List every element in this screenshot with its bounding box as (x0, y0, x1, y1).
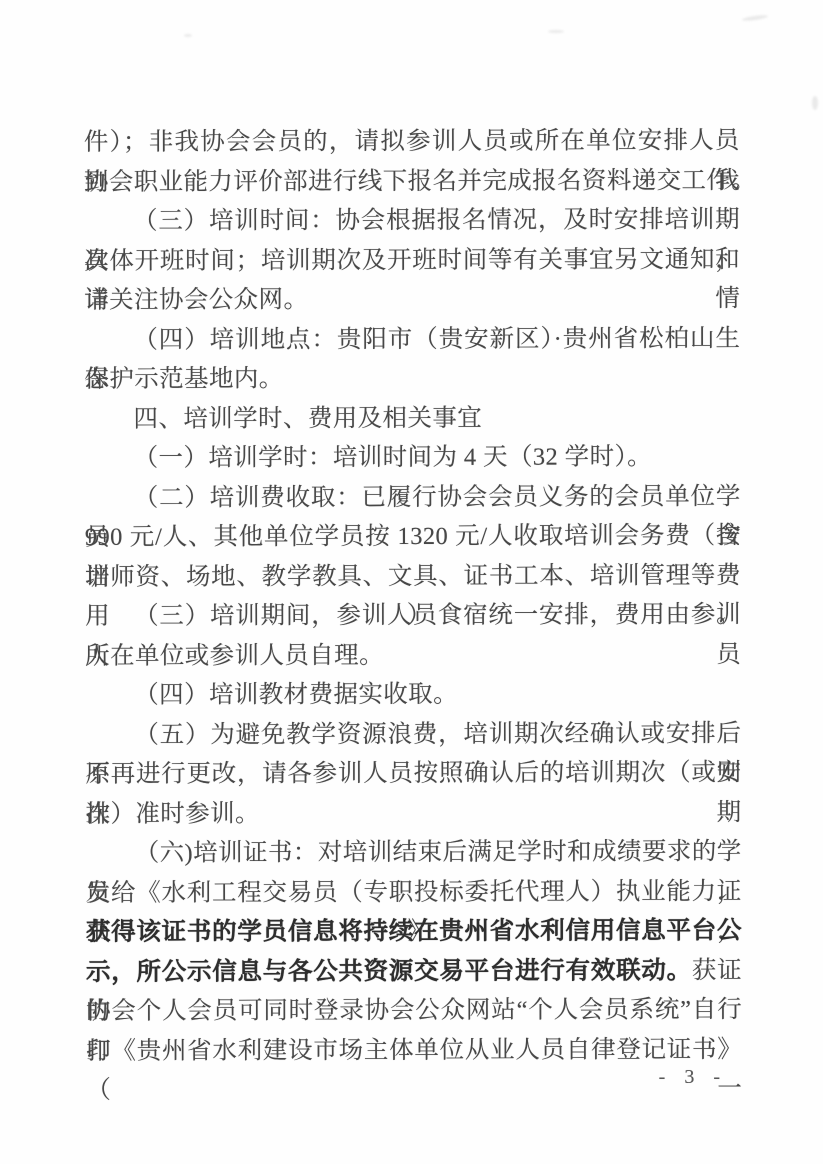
document-body: 件）；非我协会会员的，请拟参训人员或所在单位安排人员到我协会职业能力评价部进行线… (84, 121, 742, 1071)
body-text: 印《贵州省水利建设市场主体单位从业人员自律登记证书》（一 (86, 1036, 742, 1104)
body-text: （一）培训学时：培训时间为 4 天（32 学时）。 (134, 443, 652, 471)
document-line: （六)培训证书：对培训结束后满足学时和成绩要求的学员， (86, 832, 742, 873)
document-line: （四）培训地点：贵阳市（贵安新区）·贵州省松柏山生态 (84, 319, 740, 360)
page-number: - 3 - (659, 1066, 727, 1089)
body-text: 协会职业能力评价部进行线下报名并完成报名资料递交工作。 (84, 167, 756, 196)
document-line: 发给《水利工程交易员（专职投标委托代理人）执业能力证书》， (86, 872, 742, 913)
document-line: 协会职业能力评价部进行线下报名并完成报名资料递交工作。 (84, 161, 740, 202)
body-text: 保护示范基地内。 (84, 365, 283, 393)
scan-artifact (812, 96, 818, 110)
document-line: 获得该证书的学员信息将持续在贵州省水利信用信息平台公 (86, 911, 742, 952)
body-text: 所在单位或参训人员自理。 (85, 642, 384, 670)
document-line: 990 元/人、其他单位学员按 1320 元/人收取培训会务费（含培 (85, 516, 741, 557)
scanned-document-page: 件）；非我协会会员的，请拟参训人员或所在单位安排人员到我协会职业能力评价部进行线… (0, 0, 823, 1164)
emphasized-text: 示，所公示信息与各公共资源交易平台进行有效联动。 (86, 957, 692, 986)
emphasized-text: 获得该证书的学员信息将持续在贵州省水利信用信息平台公 (86, 917, 742, 946)
scan-artifact (184, 34, 192, 37)
document-line: 不再进行更改，请各参训人员按照确认后的培训期次（或安排期 (85, 753, 741, 794)
body-text: （四）培训教材费据实收取。 (134, 681, 458, 709)
scan-artifact (742, 14, 768, 22)
body-text: 请关注协会公众网。 (84, 286, 308, 314)
document-line: （三）培训时间：协会根据报名情况，及时安排培训期次和 (84, 200, 740, 241)
document-line: （三）培训期间，参训人员食宿统一安排，费用由参训人员 (85, 595, 741, 636)
document-line: 四、培训学时、费用及相关事宜 (84, 398, 740, 439)
document-line: 协会个人会员可同时登录协会公众网站“个人会员系统”自行打 (86, 990, 742, 1031)
document-line: 具体开班时间；培训期次及开班时间等有关事宜另文通知，详情 (84, 240, 740, 281)
document-line: 件）；非我协会会员的，请拟参训人员或所在单位安排人员到我 (84, 121, 740, 162)
document-line: （一）培训学时：培训时间为 4 天（32 学时）。 (85, 437, 741, 478)
body-text: 次）准时参训。 (86, 800, 260, 827)
document-line: （二）培训费收取：已履行协会会员义务的会员单位学员按 (85, 477, 741, 518)
scan-artifact (548, 30, 564, 33)
document-line: （四）培训教材费据实收取。 (85, 674, 741, 715)
document-line: 印《贵州省水利建设市场主体单位从业人员自律登记证书》（一 (86, 1030, 742, 1071)
document-line: 示，所公示信息与各公共资源交易平台进行有效联动。获证的 (86, 951, 742, 992)
document-line: 训师资、场地、教学教具、文具、证书工本、培训管理等费用）。 (85, 556, 741, 597)
document-line: 保护示范基地内。 (84, 358, 740, 399)
document-line: （五）为避免教学资源浪费，培训期次经确认或安排后原则 (85, 714, 741, 755)
body-text: 四、培训学时、费用及相关事宜 (133, 404, 482, 432)
